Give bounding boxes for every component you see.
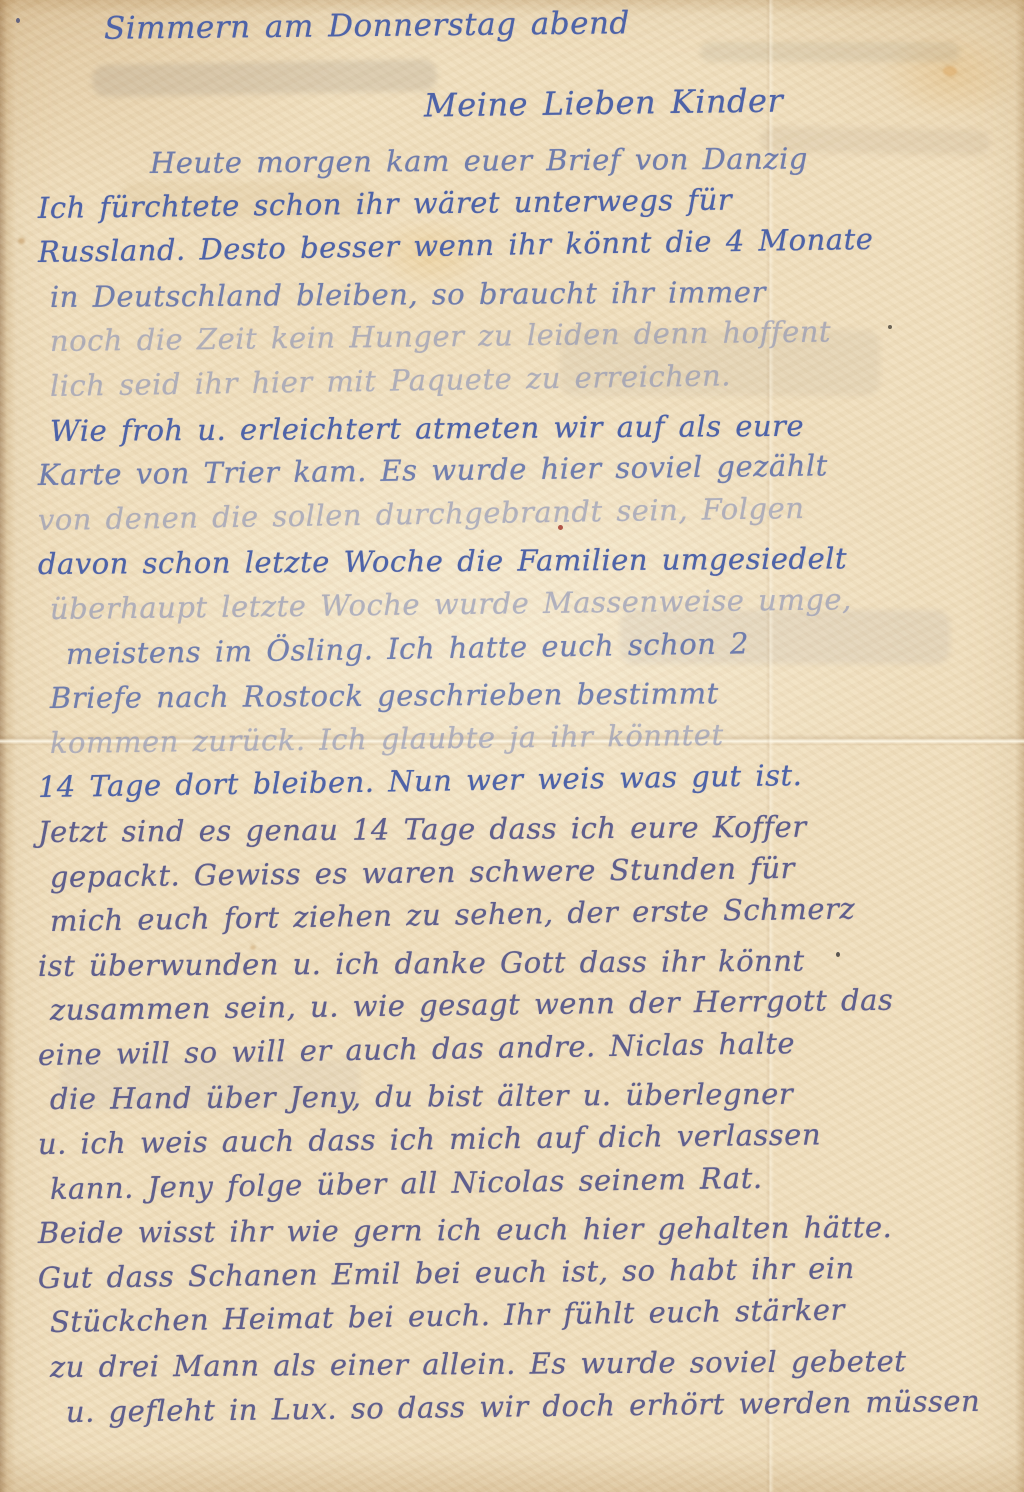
ink-bleedthrough-smudge [92, 59, 438, 97]
ink-speck [16, 18, 20, 23]
letter-salutation: Meine Lieben Kinder [424, 81, 784, 124]
letter-body: Heute morgen kam euer Brief von Danzig I… [38, 146, 998, 1439]
letter-scan: Simmern am Donnerstag abend Meine Lieben… [0, 0, 1024, 1492]
paper-stain-speck [18, 238, 25, 244]
ink-bleedthrough-smudge [700, 42, 960, 62]
paper-stain-speck [943, 66, 957, 76]
letter-dateline: Simmern am Donnerstag abend [104, 5, 630, 47]
